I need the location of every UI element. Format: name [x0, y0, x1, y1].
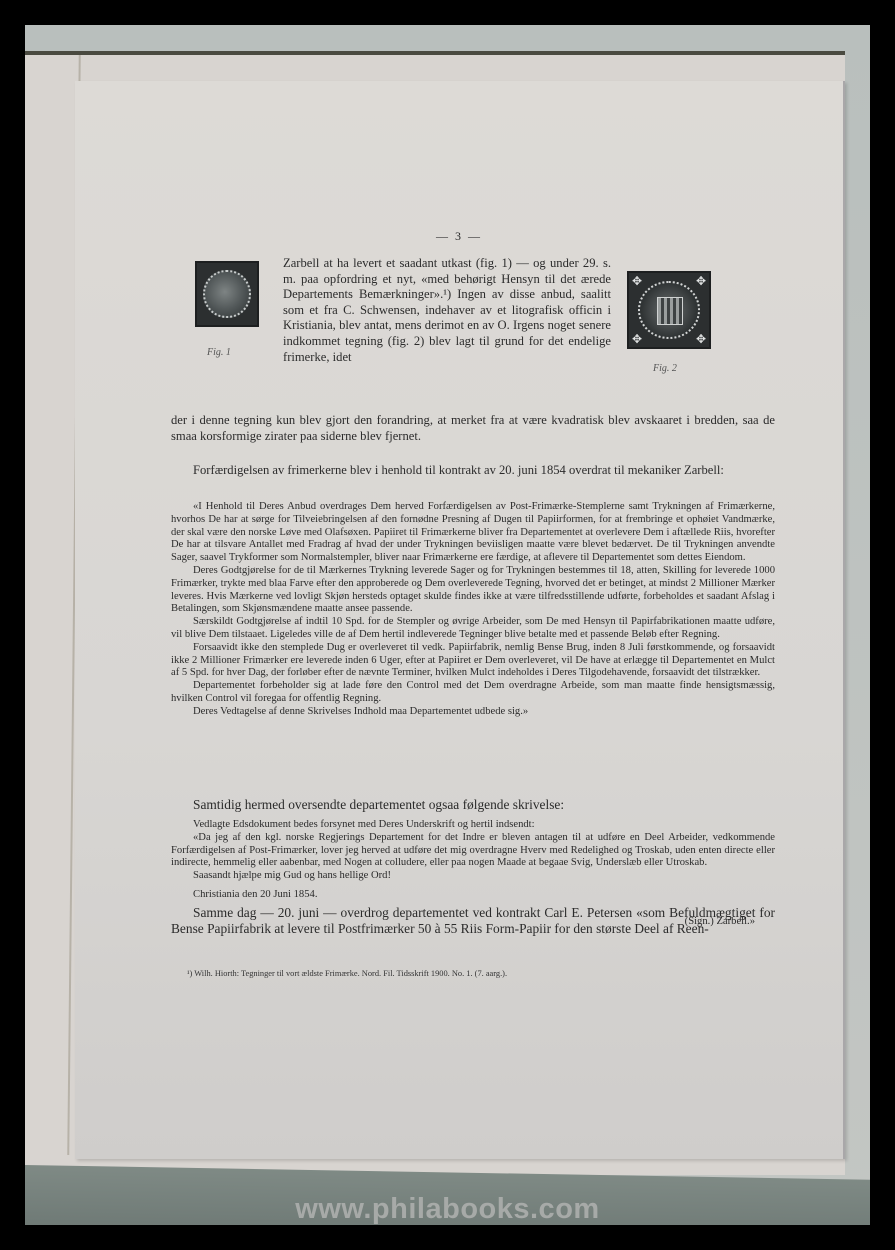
- page-number: — 3 —: [75, 229, 843, 244]
- contract-intro: Forfærdigelsen av frimerkerne blev i hen…: [171, 463, 775, 479]
- simultaneous-paragraph: Samtidig hermed oversendte departementet…: [171, 797, 775, 813]
- ornament-icon: ✥: [630, 332, 644, 346]
- letter-paragraph: Deres Godtgjørelse for de til Mærkernes …: [171, 565, 775, 616]
- letter-paragraph: Særskildt Godtgjørelse af indtil 10 Spd.…: [171, 616, 775, 642]
- same-day-text: Samme dag — 20. juni — overdrog departem…: [171, 905, 775, 936]
- contract-paragraph: Forfærdigelsen av frimerkerne blev i hen…: [171, 463, 775, 479]
- stamp-figure-1: [195, 261, 259, 327]
- letter-paragraph: Forsaavidt ikke den stemplede Dug er ove…: [171, 642, 775, 680]
- ornament-icon: ✥: [694, 332, 708, 346]
- figure-1-caption: Fig. 1: [207, 347, 231, 358]
- same-day-paragraph: Samme dag — 20. juni — overdrog departem…: [171, 905, 775, 936]
- lion-shield-icon: [657, 297, 682, 326]
- letter-paragraph: «I Henhold til Deres Anbud overdrages De…: [171, 501, 775, 565]
- stamp-portrait-icon: [203, 270, 250, 319]
- footnote: ¹) Wilh. Hiorth: Tegninger til vort ælds…: [187, 969, 787, 978]
- stamp-coat-of-arms-icon: [638, 281, 700, 338]
- contract-letter: «I Henhold til Deres Anbud overdrages De…: [171, 501, 775, 719]
- stamp-figure-2: ✥ ✥ ✥ ✥: [627, 271, 711, 349]
- watermark-text: www.philabooks.com: [25, 1193, 870, 1225]
- letter-paragraph: Departementet forbeholder sig at lade fø…: [171, 680, 775, 706]
- oath-paragraph: Christiania den 20 Juni 1854.: [171, 889, 775, 902]
- ornament-icon: ✥: [694, 274, 708, 288]
- simultaneous-text: Samtidig hermed oversendte departementet…: [171, 797, 775, 813]
- oath-paragraph: Vedlagte Edsdokument bedes forsynet med …: [171, 819, 775, 832]
- ornament-icon: ✥: [630, 274, 644, 288]
- oath-paragraph: Saasandt hjælpe mig Gud og hans hellige …: [171, 870, 775, 883]
- document-page: — 3 — Fig. 1 ✥ ✥ ✥ ✥ Fig. 2 Zarbell at h…: [75, 81, 845, 1159]
- figure-2-caption: Fig. 2: [653, 363, 677, 374]
- intro-paragraph-continued: der i denne tegning kun blev gjort den f…: [171, 413, 775, 444]
- intro-paragraph: Zarbell at ha levert et saadant utkast (…: [283, 256, 611, 365]
- photo-background: — 3 — Fig. 1 ✥ ✥ ✥ ✥ Fig. 2 Zarbell at h…: [25, 25, 870, 1225]
- letter-paragraph: Deres Vedtagelse af denne Skrivelses Ind…: [171, 706, 775, 719]
- oath-paragraph: «Da jeg af den kgl. norske Regjerings De…: [171, 832, 775, 870]
